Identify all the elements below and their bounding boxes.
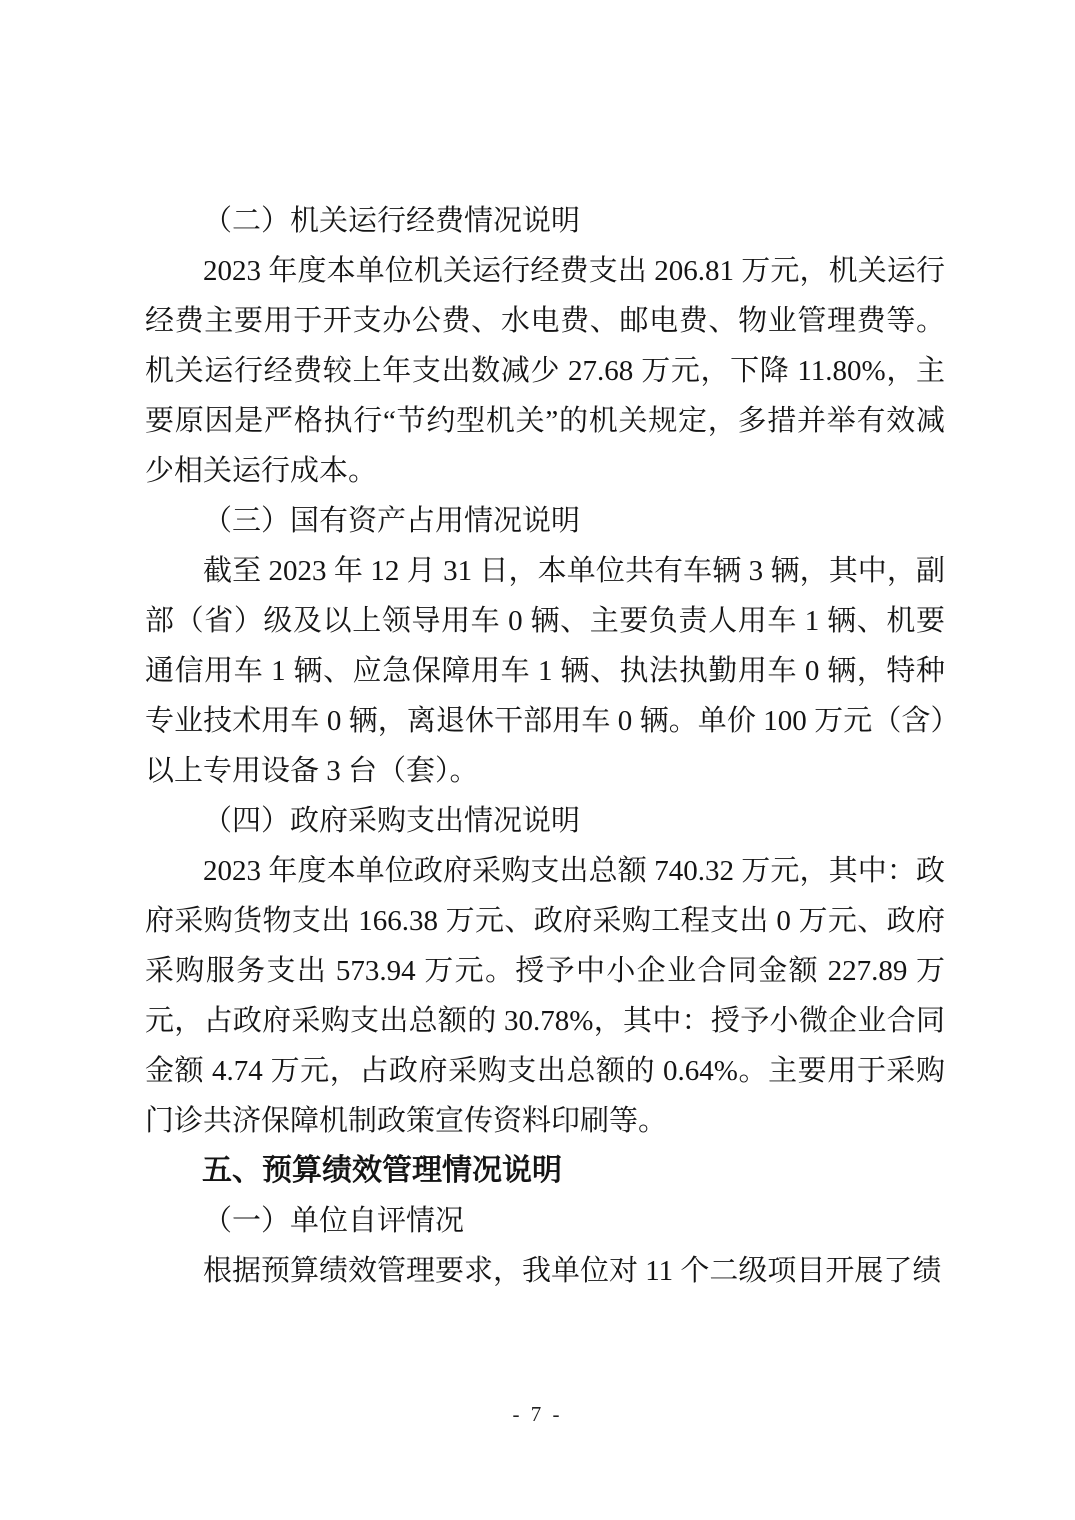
document-content: （二）机关运行经费情况说明 2023 年度本单位机关运行经费支出 206.81 … xyxy=(145,196,945,1296)
document-page: { "doc": { "paragraphs": [ { "type": "su… xyxy=(0,0,1075,1520)
section-heading-agency-operating-costs: （二）机关运行经费情况说明 xyxy=(145,196,945,246)
paragraph-self-evaluation: 根据预算绩效管理要求，我单位对 11 个二级项目开展了绩 xyxy=(145,1246,945,1296)
section-heading-gov-procurement: （四）政府采购支出情况说明 xyxy=(145,796,945,846)
paragraph-state-assets: 截至 2023 年 12 月 31 日，本单位共有车辆 3 辆，其中，副部（省）… xyxy=(145,546,945,796)
chapter-heading-budget-performance: 五、预算绩效管理情况说明 xyxy=(145,1146,945,1196)
section-heading-state-assets: （三）国有资产占用情况说明 xyxy=(145,496,945,546)
section-heading-self-evaluation: （一）单位自评情况 xyxy=(145,1196,945,1246)
page-number: - 7 - xyxy=(0,1402,1075,1427)
paragraph-agency-operating-costs: 2023 年度本单位机关运行经费支出 206.81 万元，机关运行经费主要用于开… xyxy=(145,246,945,496)
paragraph-gov-procurement: 2023 年度本单位政府采购支出总额 740.32 万元，其中：政府采购货物支出… xyxy=(145,846,945,1146)
